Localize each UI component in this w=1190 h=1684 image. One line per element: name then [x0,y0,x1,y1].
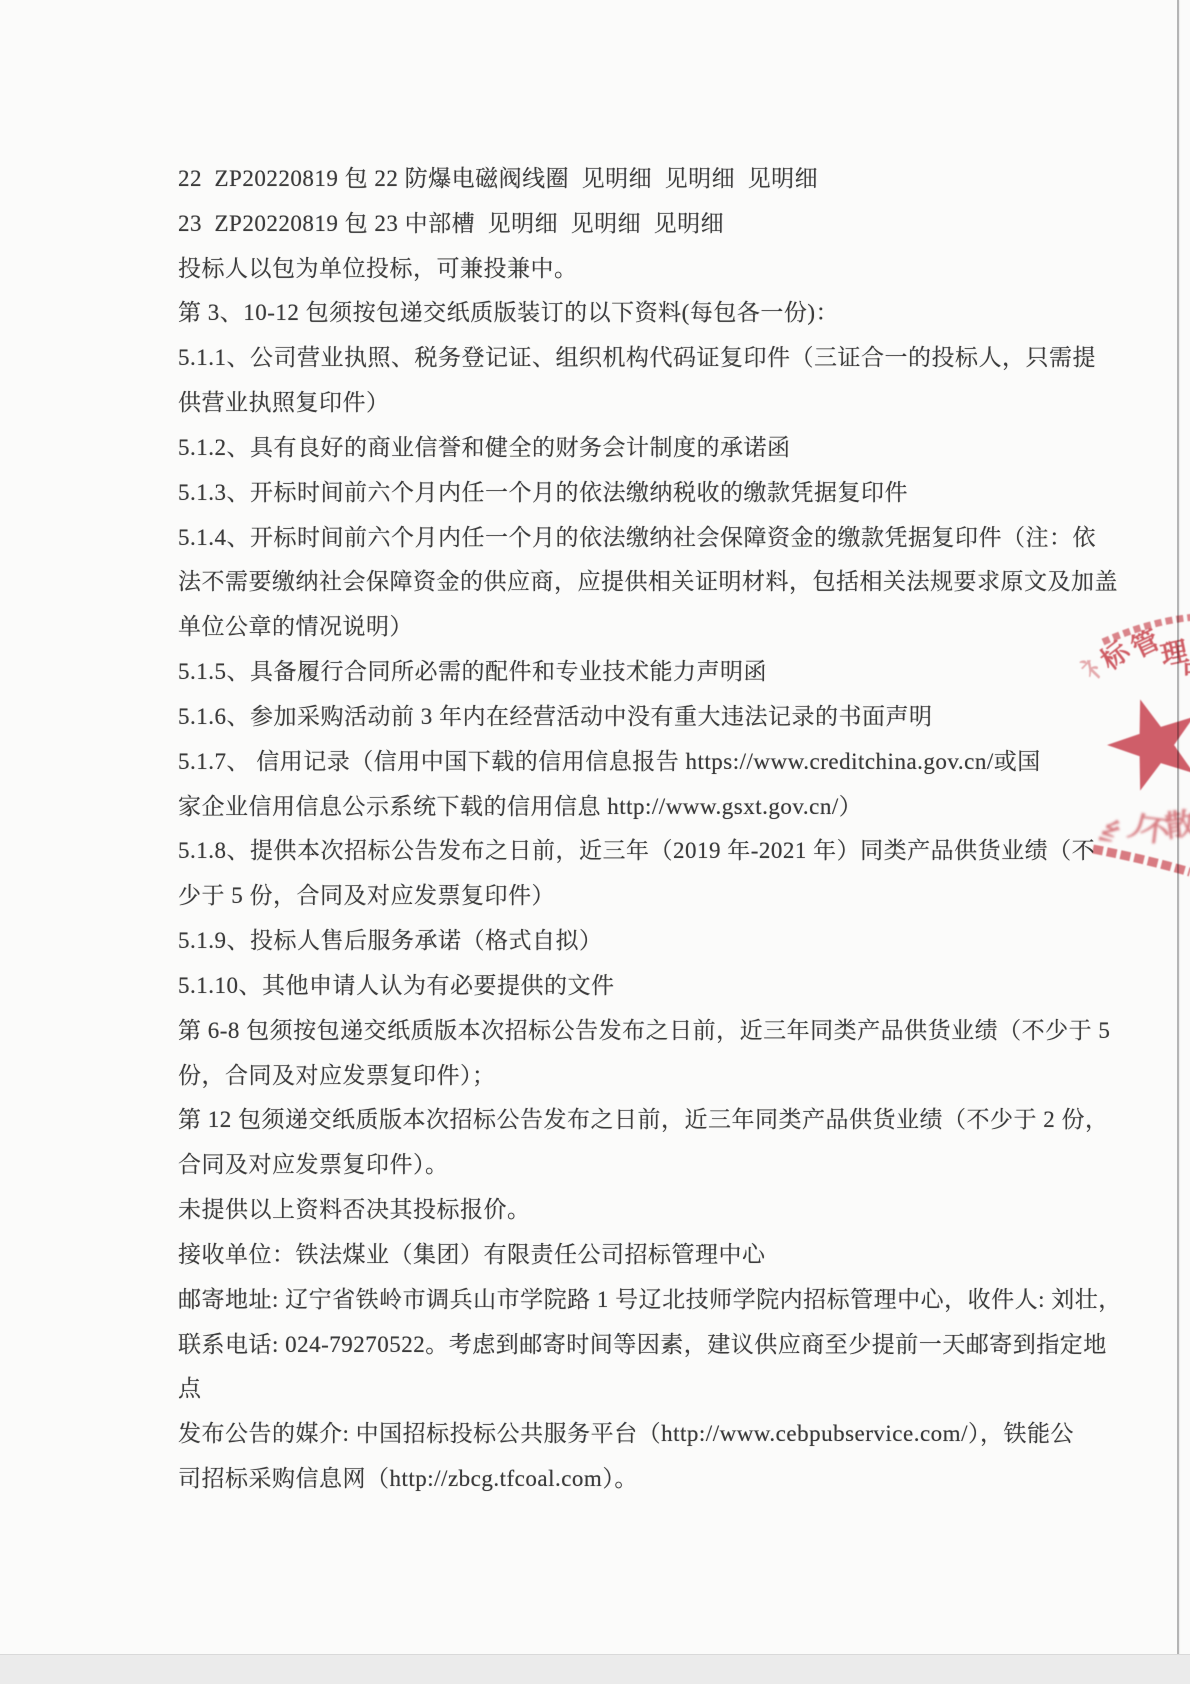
document-line: 5.1.3、开标时间前六个月内任一个月的依法缴纳税收的缴款凭据复印件 [178,471,1168,516]
document-line: 联系电话: 024-79270522。考虑到邮寄时间等因素，建议供应商至少提前一… [178,1323,1168,1368]
document-line: 22 ZP20220819 包 22 防爆电磁阀线圈 见明细 见明细 见明细 [178,157,1168,202]
document-line: 家企业信用信息公示系统下载的信用信息 http://www.gsxt.gov.c… [178,785,1168,830]
document-line: 份，合同及对应发票复印件）； [178,1054,1168,1099]
document-line: 未提供以上资料否决其投标报价。 [178,1188,1168,1233]
document-line: 供营业执照复印件） [178,381,1168,426]
document-line: 5.1.4、开标时间前六个月内任一个月的依法缴纳社会保障资金的缴款凭据复印件（注… [178,516,1168,561]
document-line: 5.1.6、参加采购活动前 3 年内在经营活动中没有重大违法记录的书面声明 [178,695,1168,740]
document-line: 单位公章的情况说明） [178,605,1168,650]
document-line: 5.1.2、具有良好的商业信誉和健全的财务会计制度的承诺函 [178,426,1168,471]
document-line: 第 3、10-12 包须按包递交纸质版装订的以下资料(每包各一份)： [178,291,1168,336]
document-line: 少于 5 份，合同及对应发票复印件） [178,874,1168,919]
document-line: 5.1.8、提供本次招标公告发布之日前，近三年（2019 年-2021 年）同类… [178,829,1168,874]
scan-bottom-edge [0,1654,1190,1684]
document-line: 23 ZP20220819 包 23 中部槽 见明细 见明细 见明细 [178,202,1168,247]
document-line: 5.1.7、 信用记录（信用中国下载的信用信息报告 https://www.cr… [178,740,1168,785]
document-line: 第 12 包须递交纸质版本次招标公告发布之日前，近三年同类产品供货业绩（不少于 … [178,1098,1168,1143]
document-line: 司招标采购信息网（http://zbcg.tfcoal.com）。 [178,1457,1168,1502]
document-line: 点 [178,1367,1168,1412]
document-line: 5.1.10、其他申请人认为有必要提供的文件 [178,964,1168,1009]
seal-arc-char: 中 [1182,656,1190,687]
document-line: 邮寄地址: 辽宁省铁岭市调兵山市学院路 1 号辽北技师学院内招标管理中心，收件人… [178,1278,1168,1323]
seal-bottom-mark: 散 [1163,807,1190,844]
scanned-document-page: 22 ZP20220819 包 22 防爆电磁阀线圈 见明细 见明细 见明细 2… [0,0,1190,1684]
document-line: 5.1.5、具备履行合同所必需的配件和专业技术能力声明函 [178,650,1168,695]
star-icon [1097,685,1190,796]
document-line: 合同及对应发票复印件）。 [178,1143,1168,1188]
document-line: 法不需要缴纳社会保障资金的供应商，应提供相关证明材料，包括相关法规要求原文及加盖 [178,560,1168,605]
document-line: 第 6-8 包须按包递交纸质版本次招标公告发布之日前，近三年同类产品供货业绩（不… [178,1009,1168,1054]
official-seal-stamp: 礻 标 管 理 中 纟 丿 不 散 [1055,585,1190,885]
seal-bottom-arc [1093,849,1190,872]
document-body: 22 ZP20220819 包 22 防爆电磁阀线圈 见明细 见明细 见明细 2… [178,157,1168,1502]
document-line: 发布公告的媒介: 中国招标投标公共服务平台（http://www.cebpubs… [178,1412,1168,1457]
document-line: 投标人以包为单位投标，可兼投兼中。 [178,247,1168,292]
document-line: 5.1.1、公司营业执照、税务登记证、组织机构代码证复印件（三证合一的投标人，只… [178,336,1168,381]
document-line: 5.1.9、投标人售后服务承诺（格式自拟） [178,919,1168,964]
document-line: 接收单位：铁法煤业（集团）有限责任公司招标管理中心 [178,1233,1168,1278]
